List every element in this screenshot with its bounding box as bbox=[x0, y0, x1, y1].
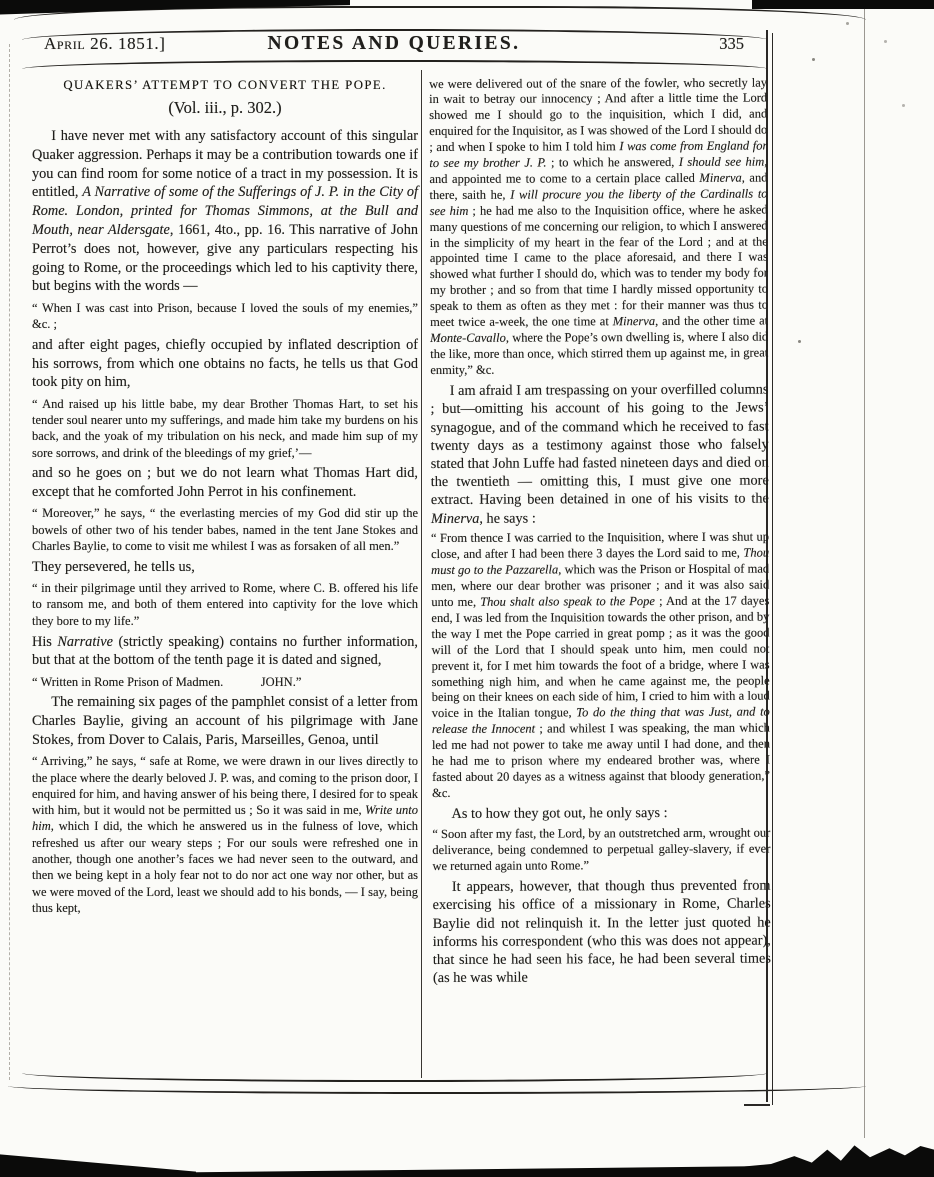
scanned-journal-page: April 26. 1851.] NOTES AND QUERIES. 335 … bbox=[0, 0, 934, 1177]
quote-block: “ in their pilgrimage until they arrived… bbox=[32, 580, 418, 629]
issue-date: April 26. 1851.] bbox=[30, 34, 249, 54]
italic-text-segment: I should see him bbox=[679, 155, 764, 169]
text-segment: ; to which he answered, bbox=[547, 155, 679, 170]
scan-speckle bbox=[798, 340, 801, 343]
column-divider-rule bbox=[421, 70, 422, 1078]
text-segment: They persevered, he tells us, bbox=[32, 559, 195, 575]
scan-speckle bbox=[884, 40, 887, 43]
quote-block: we were delivered out of the snare of th… bbox=[429, 75, 768, 379]
text-segment: and so he goes on ; but we do not learn … bbox=[32, 465, 418, 500]
scan-blot-bottom-bar bbox=[150, 1163, 770, 1177]
text-segment: , and the other time at bbox=[655, 314, 768, 328]
quote-block: “ Moreover,” he says, “ the everlasting … bbox=[32, 505, 418, 554]
paragraph: and so he goes on ; but we do not learn … bbox=[32, 464, 418, 502]
italic-text-segment: Minerva bbox=[431, 510, 480, 526]
italic-text-segment: Thou shalt also speak to the Pope bbox=[480, 594, 655, 609]
text-segment: His bbox=[32, 634, 57, 650]
quote-block: “ When I was cast into Prison, because I… bbox=[32, 300, 418, 333]
scan-blot-top-right bbox=[752, 0, 934, 9]
text-segment: , he says : bbox=[479, 510, 535, 526]
paragraph: His Narrative (strictly speaking) contai… bbox=[32, 633, 418, 671]
scan-speckle bbox=[812, 58, 815, 61]
page-frame-right-line-2 bbox=[772, 33, 773, 1105]
paragraph: and after eight pages, chiefly occupied … bbox=[32, 336, 418, 392]
paragraph: They persevered, he tells us, bbox=[32, 558, 418, 577]
page-frame-right-foot bbox=[744, 1104, 770, 1106]
text-segment: , which I did, the which he answered us … bbox=[32, 819, 418, 914]
text-segment: and after eight pages, chiefly occupied … bbox=[32, 337, 418, 391]
text-segment: “ in their pilgrimage until they arrived… bbox=[32, 581, 418, 628]
journal-title: NOTES AND QUERIES. bbox=[249, 33, 539, 55]
article-volume-reference: (Vol. iii., p. 302.) bbox=[32, 98, 418, 118]
page-frame-left-line bbox=[9, 44, 10, 1080]
text-segment: “ Soon after my fast, the Lord, by an ou… bbox=[432, 825, 770, 872]
quote-block: “ From thence I was carried to the Inqui… bbox=[431, 530, 770, 802]
text-segment: “ Arriving,” he says, “ safe at Rome, we… bbox=[32, 754, 418, 817]
text-segment: “ When I was cast into Prison, because I… bbox=[32, 301, 418, 331]
text-segment: It appears, however, that though thus pr… bbox=[433, 878, 771, 986]
paragraph: I am afraid I am trespassing on your ove… bbox=[430, 381, 769, 528]
paragraph: As to how they got out, he only says : bbox=[432, 804, 770, 824]
text-segment: The remaining six pages of the pamphlet … bbox=[32, 694, 418, 748]
article-heading: QUAKERS’ ATTEMPT TO CONVERT THE POPE. bbox=[32, 78, 418, 93]
text-segment: “ Written in Rome Prison of Madmen. JOHN… bbox=[32, 675, 301, 689]
right-column-text: we were delivered out of the snare of th… bbox=[429, 75, 771, 987]
left-column: QUAKERS’ ATTEMPT TO CONVERT THE POPE. (V… bbox=[32, 74, 418, 920]
scan-blot-bottom-right bbox=[740, 1141, 934, 1177]
text-segment: ; And at the 17 dayes end, I was led fro… bbox=[431, 593, 769, 720]
italic-text-segment: Monte-Cavallo bbox=[430, 331, 506, 345]
text-segment: I am afraid I am trespassing on your ove… bbox=[430, 382, 768, 509]
page-header: April 26. 1851.] NOTES AND QUERIES. 335 bbox=[30, 33, 768, 61]
text-segment: “ And raised up his little babe, my dear… bbox=[32, 397, 418, 460]
quote-block: “ Arriving,” he says, “ safe at Rome, we… bbox=[32, 753, 418, 916]
text-segment: “ From thence I was carried to the Inqui… bbox=[431, 530, 769, 561]
paragraph: The remaining six pages of the pamphlet … bbox=[32, 693, 418, 749]
scan-speckle bbox=[902, 104, 905, 107]
quote-block: “ Written in Rome Prison of Madmen. JOHN… bbox=[32, 674, 418, 690]
italic-text-segment: Minerva bbox=[699, 171, 741, 185]
text-segment: “ Moreover,” he says, “ the everlasting … bbox=[32, 506, 418, 553]
quote-block: “ Soon after my fast, the Lord, by an ou… bbox=[432, 825, 770, 874]
quote-block: “ And raised up his little babe, my dear… bbox=[32, 396, 418, 461]
paragraph: I have never met with any satisfactory a… bbox=[32, 127, 418, 296]
right-column: we were delivered out of the snare of th… bbox=[429, 72, 771, 988]
italic-text-segment: Minerva bbox=[613, 314, 655, 328]
adjacent-page-edge-line bbox=[864, 8, 865, 1138]
left-column-text: I have never met with any satisfactory a… bbox=[32, 127, 418, 916]
text-segment: As to how they got out, he only says : bbox=[451, 805, 667, 822]
scan-speckle bbox=[846, 22, 849, 25]
text-segment: ; he had me also to the Inquisition offi… bbox=[430, 202, 768, 329]
bottom-outer-rule bbox=[8, 1076, 866, 1094]
paragraph: It appears, however, that though thus pr… bbox=[433, 877, 771, 988]
italic-text-segment: Narrative bbox=[57, 634, 113, 650]
page-number: 335 bbox=[539, 34, 768, 54]
